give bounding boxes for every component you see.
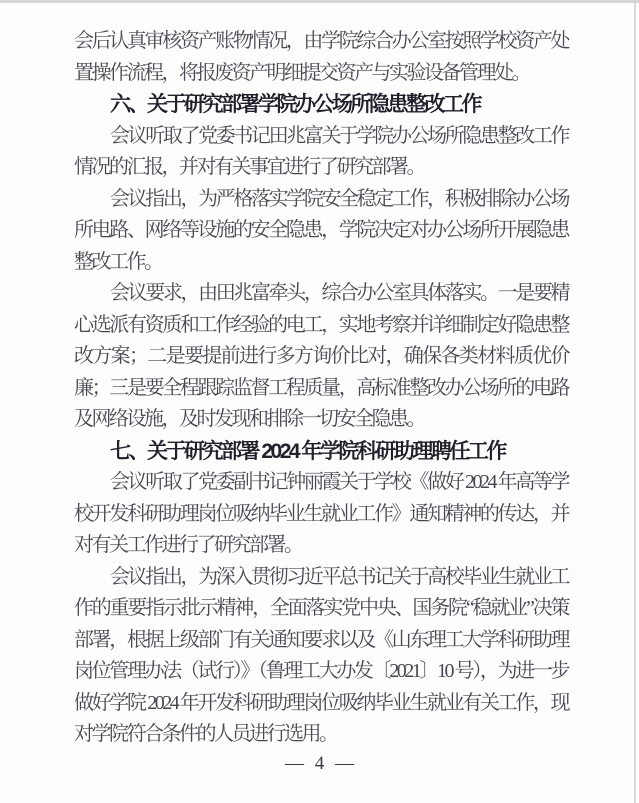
page-number: — 4 — xyxy=(74,752,568,776)
body-paragraph: 会议听取了党委副书记钟丽霞关于学校《做好 2024 年高等学校开发科研助理岗位吸… xyxy=(74,467,568,562)
body-paragraph: 会议要求，由田兆富牵头，综合办公室具体落实。一是要精心选派有资质和工作经验的电工… xyxy=(74,278,568,436)
scan-edge-right xyxy=(634,3,636,803)
body-paragraph: 会后认真审核资产账物情况，由学院综合办公室按照学校资产处置操作流程，将报废资产明… xyxy=(74,26,568,89)
body-paragraph: 会议指出，为严格落实学院安全稳定工作，积极排除办公场所电路、网络等设施的安全隐患… xyxy=(74,184,568,279)
scan-edge-top xyxy=(0,0,639,3)
section-heading: 七、关于研究部署 2024 年学院科研助理聘任工作 xyxy=(74,436,568,468)
body-paragraph: 会议听取了党委书记田兆富关于学院办公场所隐患整改工作情况的汇报，并对有关事宜进行… xyxy=(74,121,568,184)
body-paragraph: 会议指出，为深入贯彻习近平总书记关于高校毕业生就业工作的重要指示批示精神，全面落… xyxy=(74,562,568,751)
section-heading: 六、关于研究部署学院办公场所隐患整改工作 xyxy=(74,89,568,121)
document-page: 会后认真审核资产账物情况，由学院综合办公室按照学校资产处置操作流程，将报废资产明… xyxy=(0,0,639,803)
document-body: 会后认真审核资产账物情况，由学院综合办公室按照学校资产处置操作流程，将报废资产明… xyxy=(74,26,568,751)
